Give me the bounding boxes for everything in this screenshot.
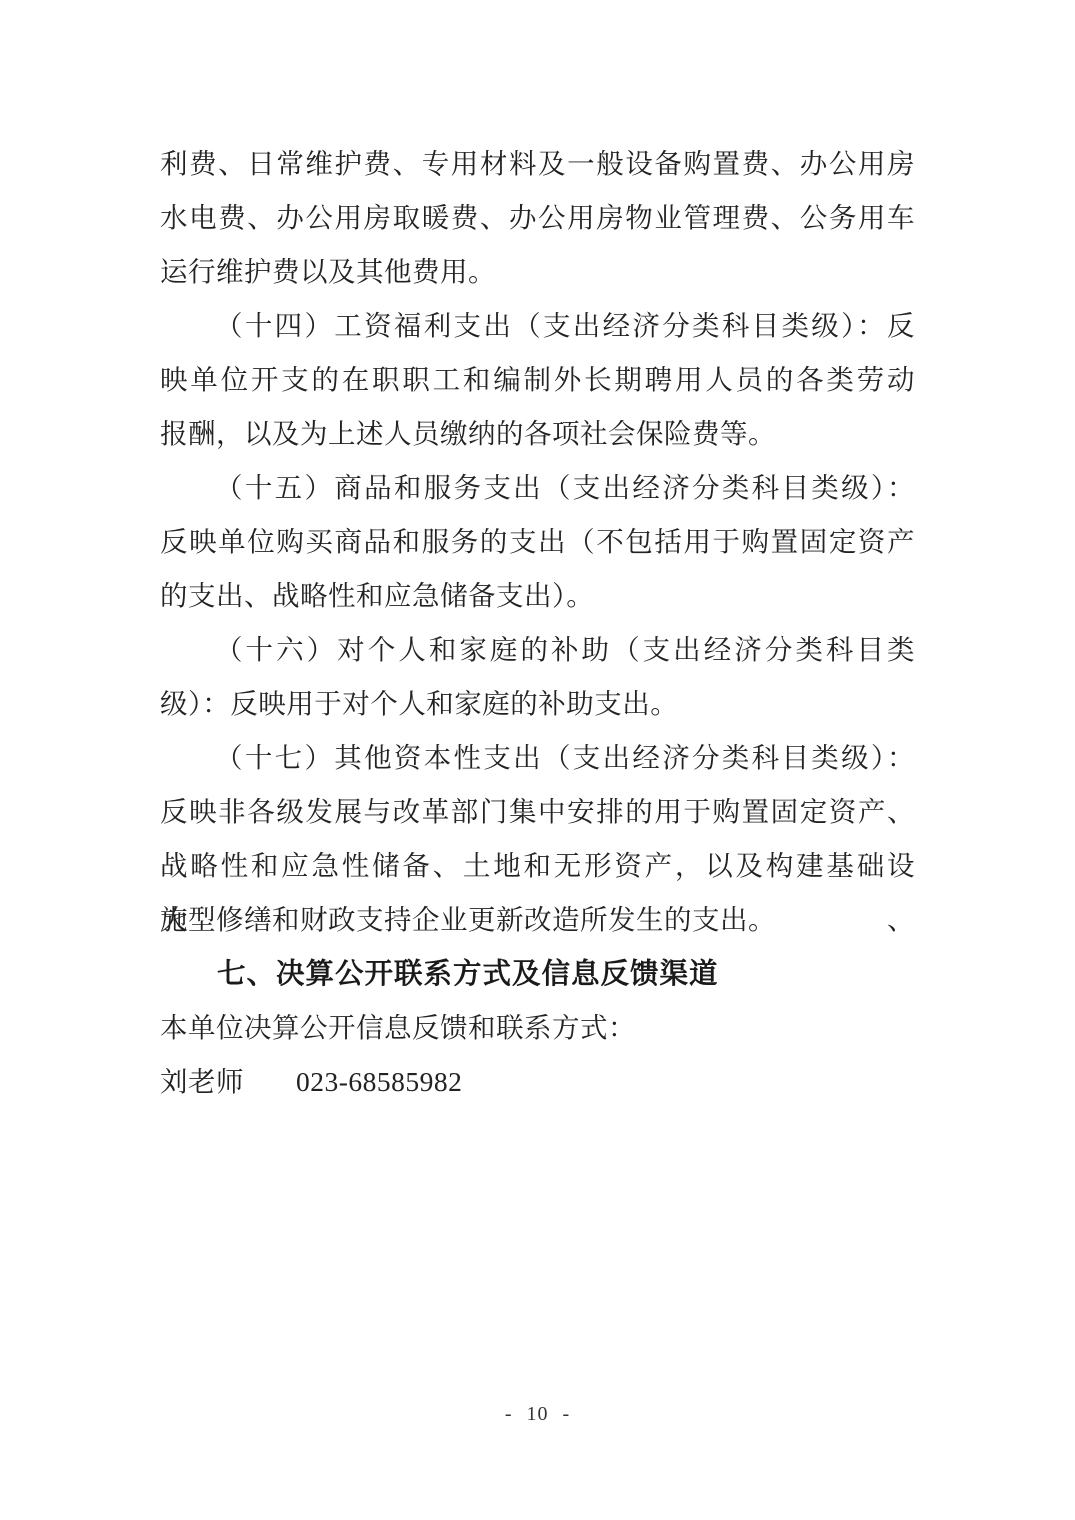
body-line: （十六）对个人和家庭的补助（支出经济分类科目类 — [160, 623, 915, 677]
contact-intro-line: 本单位决算公开信息反馈和联系方式： — [160, 1001, 915, 1055]
body-line: 反映非各级发展与改革部门集中安排的用于购置固定资产、 — [160, 785, 915, 839]
contact-phone: 023-68585982 — [296, 1066, 462, 1097]
body-line: （十七）其他资本性支出（支出经济分类科目类级）： — [160, 731, 915, 785]
body-line: 水电费、办公用房取暖费、办公用房物业管理费、公务用车 — [160, 191, 915, 245]
body-line: 的支出、战略性和应急储备支出）。 — [160, 569, 915, 623]
body-line: 利费、日常维护费、专用材料及一般设备购置费、办公用房 — [160, 137, 915, 191]
body-line: 反映单位购买商品和服务的支出（不包括用于购置固定资产 — [160, 515, 915, 569]
body-line: 战略性和应急性储备、土地和无形资产，以及构建基础设施、 — [160, 839, 915, 893]
body-line: 报酬，以及为上述人员缴纳的各项社会保险费等。 — [160, 407, 915, 461]
contact-name: 刘老师 — [160, 1066, 244, 1097]
document-body: 利费、日常维护费、专用材料及一般设备购置费、办公用房 水电费、办公用房取暖费、办… — [160, 137, 915, 1109]
body-line: （十四）工资福利支出（支出经济分类科目类级）：反 — [160, 299, 915, 353]
page-number: - 10 - — [0, 1400, 1075, 1428]
body-line: 映单位开支的在职职工和编制外长期聘用人员的各类劳动 — [160, 353, 915, 407]
body-line: 级）：反映用于对个人和家庭的补助支出。 — [160, 677, 915, 731]
document-page: 利费、日常维护费、专用材料及一般设备购置费、办公用房 水电费、办公用房取暖费、办… — [0, 0, 1075, 1520]
contact-line: 刘老师023-68585982 — [160, 1055, 915, 1109]
body-line: 运行维护费以及其他费用。 — [160, 245, 915, 299]
section-heading: 七、决算公开联系方式及信息反馈渠道 — [160, 947, 915, 1001]
body-line: （十五）商品和服务支出（支出经济分类科目类级）： — [160, 461, 915, 515]
